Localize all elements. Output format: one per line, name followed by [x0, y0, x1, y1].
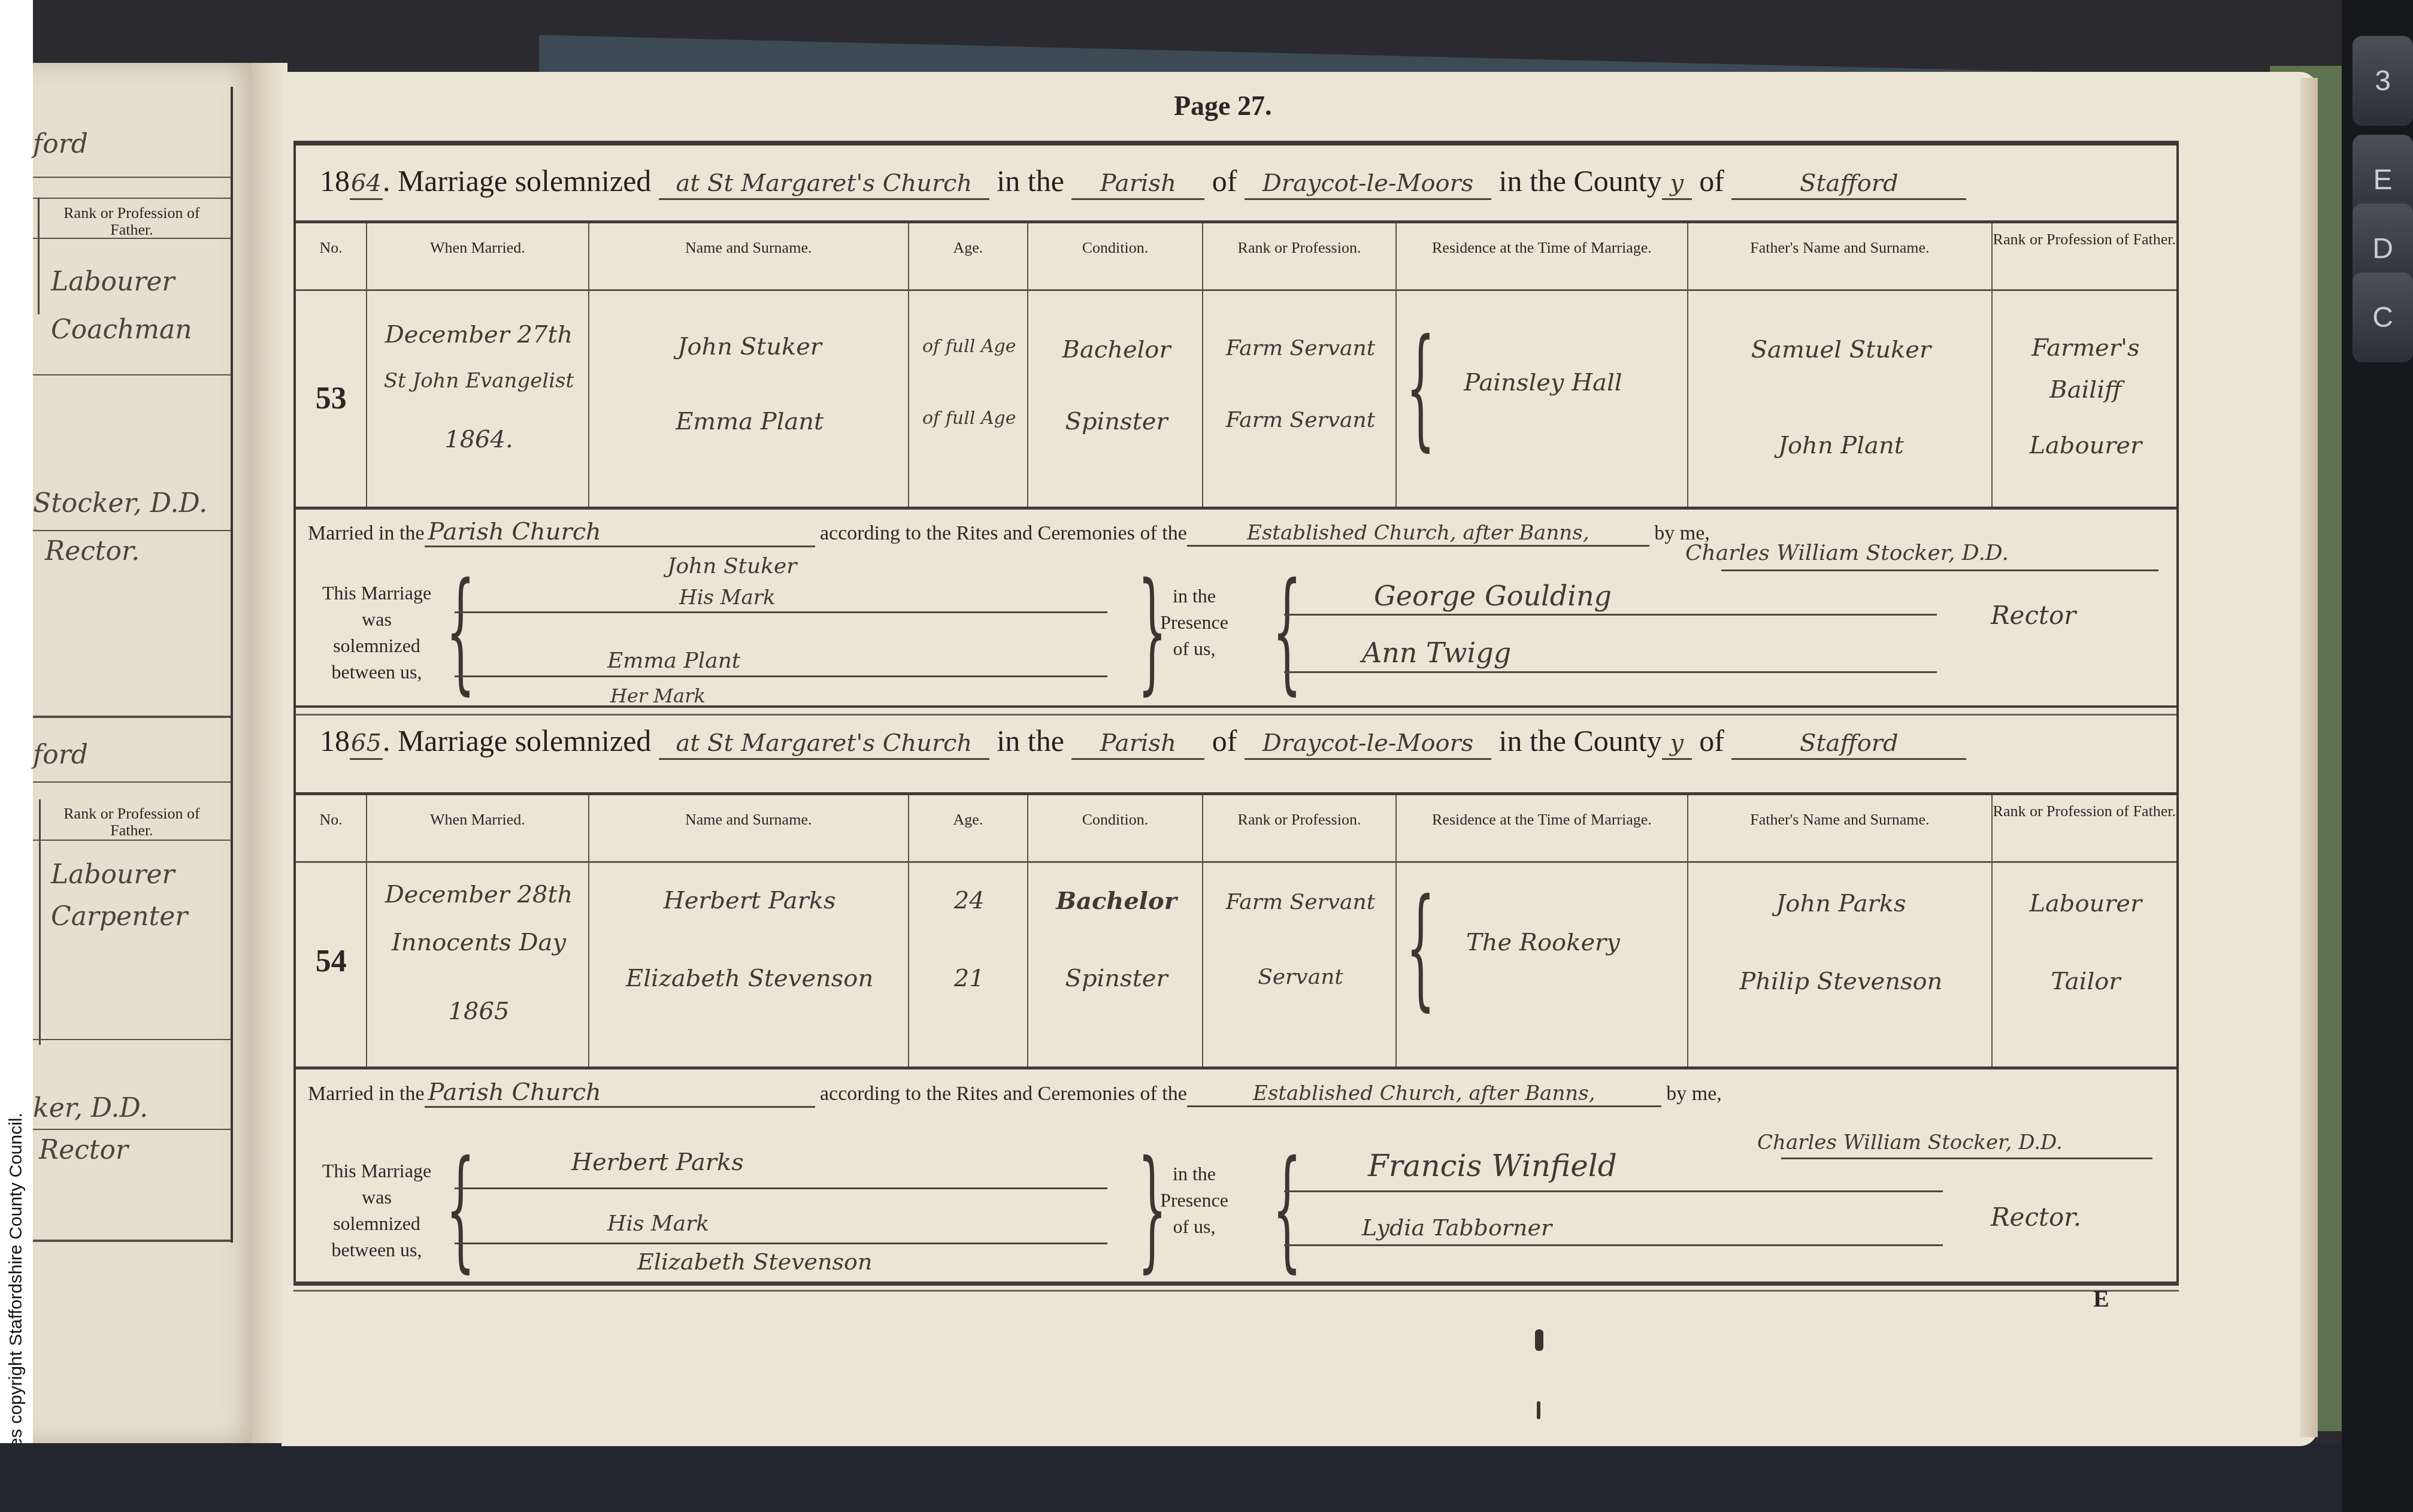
- ink-blot: [1535, 1329, 1543, 1351]
- page-number: Page 27.: [1174, 90, 1272, 122]
- this-marriage-label: This Marriage was solemnized between us,: [308, 580, 446, 685]
- bride-signature: Elizabeth Stevenson: [637, 1249, 872, 1275]
- entry-number: 54: [296, 944, 366, 979]
- column-header: No.: [296, 223, 367, 289]
- marriage-entry: 1865. Marriage solemnized at St Margaret…: [296, 714, 2176, 1277]
- when-married-line: 1864.: [374, 426, 583, 453]
- page-edge: [2300, 78, 2318, 1437]
- year-field: 64: [350, 163, 383, 200]
- county-suffix: y: [1662, 163, 1692, 200]
- groom-mark: His Mark: [679, 586, 776, 610]
- entry-table: No. When Married. Name and Surname. Age.…: [296, 792, 2176, 1069]
- left-page: ford Rank or Profession of Father. Labou…: [33, 63, 264, 1443]
- bride-father-name: John Plant: [1696, 432, 1986, 459]
- groom-father-name: Samuel Stuker: [1696, 336, 1986, 363]
- groom-name: Herbert Parks: [597, 887, 903, 914]
- witness-2: Lydia Tabborner: [1362, 1214, 1552, 1241]
- witness-line: [1284, 671, 1937, 673]
- witness-line: [1284, 1190, 1943, 1192]
- left-column-header: Rank or Profession of Father.: [45, 205, 219, 238]
- table-row: 54 December 28th Innocents Day 1865 Herb…: [296, 863, 2176, 1066]
- groom-signature: Herbert Parks: [571, 1149, 744, 1176]
- brace-icon: {: [446, 1149, 475, 1268]
- column-header: Rank or Profession.: [1203, 795, 1396, 861]
- left-page-frame-upper: [33, 87, 233, 734]
- left-father-rank: Labourer: [51, 266, 175, 297]
- table-header: No. When Married. Name and Surname. Age.…: [296, 223, 2176, 291]
- left-county-fragment: ford: [33, 129, 88, 159]
- groom-condition: Bachelor: [1036, 887, 1198, 915]
- column-header: Father's Name and Surname.: [1688, 795, 1992, 861]
- year-field: 65: [350, 723, 383, 760]
- parish-field: Draycot-le-Moors: [1245, 723, 1491, 760]
- keyboard: 3 E D C: [2342, 0, 2413, 1512]
- bride-signature: Emma Plant: [607, 649, 740, 673]
- bride-name: Elizabeth Stevenson: [597, 965, 903, 992]
- rule: [33, 1129, 231, 1130]
- entry-heading: 1864. Marriage solemnized at St Margaret…: [320, 163, 1966, 200]
- groom-signature: John Stuker: [667, 554, 797, 578]
- brace-icon: {: [446, 571, 475, 690]
- groom-father-rank: Labourer: [2000, 890, 2172, 917]
- bride-father-rank: Tailor: [2000, 968, 2172, 995]
- bride-condition: Spinster: [1036, 965, 1198, 992]
- bride-father-name: Philip Stevenson: [1696, 968, 1986, 995]
- groom-name: John Stuker: [597, 333, 903, 360]
- when-married-line: Innocents Day: [374, 929, 583, 956]
- residence: Painsley Hall: [1404, 369, 1683, 396]
- left-column-header: Rank or Profession of Father.: [45, 805, 219, 839]
- this-marriage-label: This Marriage was solemnized between us,: [308, 1158, 446, 1263]
- place-field: at St Margaret's Church: [659, 723, 989, 760]
- frame-bottom-rule: [293, 1281, 2179, 1292]
- keyboard-key: C: [2353, 272, 2413, 362]
- column-header: Age.: [909, 223, 1028, 289]
- rule: [33, 238, 231, 239]
- column-header: No.: [296, 795, 367, 861]
- rule: [33, 177, 231, 178]
- bride-age: 21: [916, 965, 1022, 992]
- brace-icon: {: [1272, 1149, 1301, 1268]
- marriage-entry: 1864. Marriage solemnized at St Margaret…: [296, 146, 2176, 711]
- column-header: Residence at the Time of Marriage.: [1397, 223, 1689, 289]
- column-header: When Married.: [367, 223, 589, 289]
- presence-label: in the Presence of us,: [1146, 583, 1242, 662]
- married-in-row: Married in theParish Church according to…: [308, 1078, 1722, 1108]
- groom-father-rank: Farmer's Bailiff: [2000, 327, 2172, 411]
- minister-title: Rector.: [1991, 1202, 2081, 1232]
- witness-2: Ann Twigg: [1362, 637, 1511, 669]
- minister-line: [1721, 569, 2158, 571]
- married-in-row: Married in theParish Church according to…: [308, 518, 1710, 547]
- left-minister-fragment: Stocker, D.D.: [33, 488, 207, 519]
- column-header: When Married.: [367, 795, 589, 861]
- rule: [33, 781, 231, 783]
- left-father-rank: Coachman: [51, 314, 192, 345]
- column-rule: [38, 198, 40, 314]
- left-minister-title: Rector: [39, 1135, 128, 1165]
- column-rule: [39, 799, 41, 1045]
- column-header: Name and Surname.: [589, 795, 909, 861]
- rule: [33, 1039, 231, 1040]
- column-header: Rank or Profession of Father.: [1993, 223, 2176, 289]
- entry-heading: 1865. Marriage solemnized at St Margaret…: [320, 723, 1966, 760]
- column-header: Rank or Profession.: [1203, 223, 1396, 289]
- bride-father-rank: Labourer: [2000, 432, 2172, 459]
- groom-condition: Bachelor: [1036, 336, 1198, 363]
- table-row: 53 December 27th St John Evangelist 1864…: [296, 291, 2176, 507]
- place-field: at St Margaret's Church: [659, 163, 989, 200]
- signature-line: [455, 675, 1107, 677]
- signature-line: [455, 611, 1107, 613]
- rule: [33, 716, 231, 718]
- county-suffix: y: [1662, 723, 1692, 760]
- column-header: Name and Surname.: [589, 223, 909, 289]
- solemnization-section: Married in theParish Church according to…: [296, 511, 2176, 708]
- witness-line: [1284, 614, 1937, 616]
- column-header: Condition.: [1028, 795, 1204, 861]
- bride-name: Emma Plant: [597, 408, 903, 435]
- table-header: No. When Married. Name and Surname. Age.…: [296, 795, 2176, 863]
- witness-1: Francis Winfield: [1368, 1149, 1617, 1183]
- ink-blot: [1537, 1401, 1540, 1419]
- year-prefix: 18: [320, 164, 350, 198]
- column-header: Residence at the Time of Marriage.: [1397, 795, 1689, 861]
- bride-condition: Spinster: [1036, 408, 1198, 435]
- entry-number: 53: [296, 381, 366, 416]
- column-header: Rank or Profession of Father.: [1993, 795, 2176, 861]
- register-frame: 1864. Marriage solemnized at St Margaret…: [293, 141, 2179, 1286]
- witness-line: [1284, 1244, 1943, 1246]
- left-minister-title: Rector.: [45, 536, 140, 566]
- signature-line: [455, 1187, 1107, 1189]
- year-prefix: 18: [320, 724, 350, 757]
- minister-signature: Charles William Stocker, D.D.: [1685, 541, 2009, 565]
- district-field: Parish: [1071, 163, 1204, 200]
- county-field: Stafford: [1731, 723, 1966, 760]
- column-header: Age.: [909, 795, 1028, 861]
- left-county-fragment: ford: [33, 740, 88, 770]
- when-married-line: St John Evangelist: [374, 369, 583, 393]
- groom-rank: Farm Servant: [1210, 336, 1390, 360]
- left-father-rank: Labourer: [51, 859, 175, 890]
- minister-signature: Charles William Stocker, D.D.: [1757, 1131, 2063, 1155]
- parish-field: Draycot-le-Moors: [1245, 163, 1491, 200]
- county-field: Stafford: [1731, 163, 1966, 200]
- left-father-rank: Carpenter: [51, 901, 187, 932]
- minister-title: Rector: [1991, 601, 2076, 630]
- bride-mark: Her Mark: [610, 684, 706, 707]
- column-header: Father's Name and Surname.: [1688, 223, 1992, 289]
- rule: [33, 530, 231, 531]
- entry-table: No. When Married. Name and Surname. Age.…: [296, 220, 2176, 510]
- signature-mark: E: [2093, 1284, 2109, 1313]
- desk-surface: [0, 1443, 2360, 1512]
- groom-father-name: John Parks: [1696, 890, 1986, 917]
- when-married-line: 1865: [374, 998, 583, 1025]
- residence: The Rookery: [1404, 929, 1683, 956]
- presence-label: in the Presence of us,: [1146, 1160, 1242, 1240]
- rule: [33, 840, 231, 841]
- groom-age: 24: [916, 887, 1022, 914]
- when-married-line: December 28th: [374, 881, 583, 908]
- groom-age: of full Age: [916, 336, 1022, 357]
- solemnization-section: Married in theParish Church according to…: [296, 1074, 2176, 1271]
- district-field: Parish: [1071, 723, 1204, 760]
- rule: [33, 1240, 231, 1242]
- minister-line: [1781, 1158, 2152, 1159]
- when-married-line: December 27th: [374, 321, 583, 349]
- copyright-strip: © Images copyright Staffordshire County …: [0, 0, 33, 1512]
- bride-age: of full Age: [916, 408, 1022, 429]
- keyboard-key: 3: [2353, 36, 2413, 126]
- left-minister-fragment: ker, D.D.: [33, 1093, 148, 1123]
- bride-rank: Farm Servant: [1210, 408, 1390, 432]
- column-header: Condition.: [1028, 223, 1204, 289]
- rule: [33, 374, 231, 375]
- rule: [33, 198, 231, 199]
- witness-1: George Goulding: [1374, 580, 1612, 612]
- groom-mark: His Mark: [607, 1211, 709, 1236]
- bride-rank: Servant: [1210, 965, 1390, 989]
- signature-line: [455, 1243, 1107, 1244]
- groom-rank: Farm Servant: [1210, 890, 1390, 914]
